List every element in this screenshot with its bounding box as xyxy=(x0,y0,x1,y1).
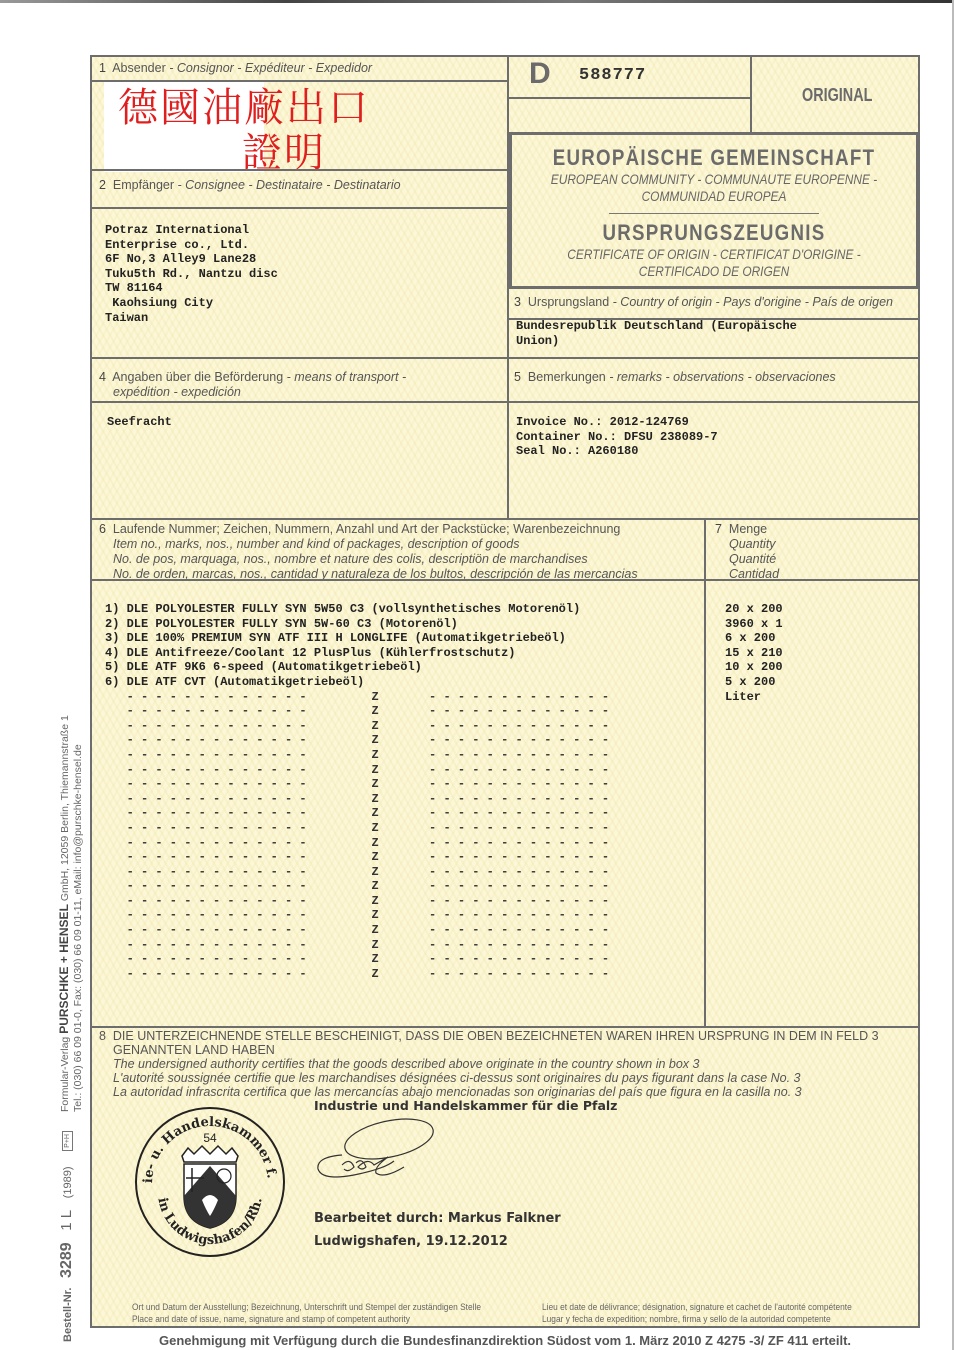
transport-mode: Seefracht xyxy=(107,415,172,430)
goods-item: 3) DLE 100% PREMIUM SYN ATF III H LONGLI… xyxy=(105,631,609,646)
ec-title: EUROPÄISCHE GEMEINSCHAFT xyxy=(542,145,885,171)
signature xyxy=(314,1117,434,1192)
address-line: TW 81164 xyxy=(105,281,278,296)
goods-quantity: 15 x 210 xyxy=(725,646,783,661)
goods-item: 1) DLE POLYOLESTER FULLY SYN 5W50 C3 (vo… xyxy=(105,602,609,617)
original-label: ORIGINAL xyxy=(802,85,872,106)
address-line: Potraz International xyxy=(105,223,278,238)
country-code: D xyxy=(529,57,551,91)
filler-row: - - - - - - - - - - - - - Z - - - - - - … xyxy=(105,806,609,821)
filler-row: - - - - - - - - - - - - - Z - - - - - - … xyxy=(105,777,609,792)
approval-note: Genehmigung mit Verfügung durch die Bund… xyxy=(90,1333,920,1348)
cert-title: URSPRUNGSZEUGNIS xyxy=(542,220,885,246)
publisher-prefix: Formular-Verlag xyxy=(59,1034,71,1112)
goods-item: 6) DLE ATF CVT (Automatikgetriebeöl) xyxy=(105,675,609,690)
consignee-address: Potraz International Enterprise co., Ltd… xyxy=(105,223,278,325)
box2-label: 2 Empfänger - Consignee - Destinataire -… xyxy=(99,178,401,193)
certificate-form: 1 Absender - Consignor - Expéditeur - Ex… xyxy=(90,55,920,1328)
issuing-authority: Industrie und Handelskammer für die Pfal… xyxy=(314,1098,617,1113)
address-line: Tuku5th Rd., Nantzu disc xyxy=(105,267,278,282)
order-number: 3289 xyxy=(58,1242,75,1278)
filler-row: - - - - - - - - - - - - - Z - - - - - - … xyxy=(105,865,609,880)
origin-line: Bundesrepublik Deutschland (Europäische xyxy=(516,319,797,334)
goods-quantity: 6 x 200 xyxy=(725,631,783,646)
serial-number: 588777 xyxy=(579,66,646,85)
filler-row: - - - - - - - - - - - - - Z - - - - - - … xyxy=(105,733,609,748)
filler-row: - - - - - - - - - - - - - Z - - - - - - … xyxy=(105,850,609,865)
order-suffix: 1 L xyxy=(58,1210,75,1231)
address-line: Enterprise co., Ltd. xyxy=(105,238,278,253)
filler-row: - - - - - - - - - - - - - Z - - - - - - … xyxy=(105,952,609,967)
order-year: (1989) xyxy=(62,1166,74,1198)
filler-row: - - - - - - - - - - - - - Z - - - - - - … xyxy=(105,923,609,938)
processed-by: Bearbeitet durch: Markus Falkner xyxy=(314,1211,561,1226)
box8-declaration: 8 DIE UNTERZEICHNENDE STELLE BESCHEINIGT… xyxy=(99,1029,914,1099)
filler-row: - - - - - - - - - - - - - Z - - - - - - … xyxy=(105,894,609,909)
filler-row: - - - - - - - - - - - - - Z - - - - - - … xyxy=(105,879,609,894)
publisher-logo-icon: P+H xyxy=(62,1131,73,1151)
filler-row: - - - - - - - - - - - - - Z - - - - - - … xyxy=(105,836,609,851)
order-label: Bestell-Nr. xyxy=(62,1288,74,1342)
box7-label: 7 Menge Quantity Quantité Cantidad xyxy=(715,522,779,582)
filler-row: - - - - - - - - - - - - - Z - - - - - - … xyxy=(105,967,609,982)
country-of-origin: Bundesrepublik Deutschland (Europäische … xyxy=(516,319,797,348)
address-line: Taiwan xyxy=(105,311,278,326)
chinese-overlay-line1: 德國油廠出口 xyxy=(118,85,370,131)
goods-item: 5) DLE ATF 9K6 6-speed (Automatikgetrieb… xyxy=(105,660,609,675)
container-number: Container No.: DFSU 238089-7 xyxy=(516,430,718,445)
publisher-contact: Tel.: (030) 66 09 01-0, Fax: (030) 66 09… xyxy=(72,715,85,1112)
cert-subtitle-line2: CERTIFICADO DE ORIGEN xyxy=(542,263,885,280)
publisher-name: PURSCHKE + HENSEL xyxy=(57,904,71,1034)
quantity-unit: Liter xyxy=(725,690,783,705)
filler-row: - - - - - - - - - - - - - Z - - - - - - … xyxy=(105,908,609,923)
margin-order-info: Bestell-Nr. 3289 1 L (1989) P+H xyxy=(58,1131,76,1342)
goods-quantity: 10 x 200 xyxy=(725,660,783,675)
address-line: 6F No,3 Alley9 Lane28 xyxy=(105,252,278,267)
official-stamp: Industrie- u. Handelskammer f. d. Pfalz … xyxy=(132,1104,287,1259)
filler-row: - - - - - - - - - - - - - Z - - - - - - … xyxy=(105,763,609,778)
place-and-date: Ludwigshafen, 19.12.2012 xyxy=(314,1234,508,1249)
filler-row: - - - - - - - - - - - - - Z - - - - - - … xyxy=(105,792,609,807)
address-line: Kaohsiung City xyxy=(105,296,278,311)
goods-item: 2) DLE POLYOLESTER FULLY SYN 5W-60 C3 (M… xyxy=(105,617,609,632)
box6-label: 6 Laufende Nummer; Zeichen, Nummern, Anz… xyxy=(99,522,638,582)
remarks: Invoice No.: 2012-124769 Container No.: … xyxy=(516,415,718,459)
goods-quantity: 3960 x 1 xyxy=(725,617,783,632)
ec-header-box: EUROPÄISCHE GEMEINSCHAFT EUROPEAN COMMUN… xyxy=(509,132,919,289)
ec-subtitle-line1: EUROPEAN COMMUNITY - COMMUNAUTE EUROPENN… xyxy=(542,171,885,188)
box1-label: 1 Absender - Consignor - Expéditeur - Ex… xyxy=(99,61,372,76)
stamp-seal-icon: Industrie- u. Handelskammer f. d. Pfalz … xyxy=(132,1104,287,1259)
filler-row: - - - - - - - - - - - - - Z - - - - - - … xyxy=(105,748,609,763)
signature-scribble-icon xyxy=(314,1117,434,1187)
svg-text:54: 54 xyxy=(203,1131,217,1145)
invoice-number: Invoice No.: 2012-124769 xyxy=(516,415,718,430)
box3-label: 3 Ursprungsland - Country of origin - Pa… xyxy=(514,295,893,310)
box5-label: 5 Bemerkungen - remarks - observations -… xyxy=(514,370,836,385)
box4-label: 4 Angaben über die Beförderung - means o… xyxy=(99,370,406,400)
goods-list: 1) DLE POLYOLESTER FULLY SYN 5W50 C3 (vo… xyxy=(105,602,609,981)
goods-item: 4) DLE Antifreeze/Coolant 12 PlusPlus (K… xyxy=(105,646,609,661)
margin-publisher: Formular-Verlag PURSCHKE + HENSEL GmbH, … xyxy=(58,715,85,1112)
ec-divider xyxy=(609,213,819,214)
goods-quantity: 5 x 200 xyxy=(725,675,783,690)
cert-subtitle-line1: CERTIFICATE OF ORIGIN - CERTIFICAT D'ORI… xyxy=(542,246,885,263)
goods-quantity: 20 x 200 xyxy=(725,602,783,617)
filler-row: - - - - - - - - - - - - - Z - - - - - - … xyxy=(105,704,609,719)
filler-row: - - - - - - - - - - - - - Z - - - - - - … xyxy=(105,719,609,734)
origin-line: Union) xyxy=(516,334,797,349)
publisher-address: GmbH, 12059 Berlin, Thiemannstraße 1 xyxy=(59,715,71,904)
ec-subtitle-line2: COMMUNIDAD EUROPEA xyxy=(542,188,885,205)
scan-edge-top xyxy=(0,0,954,3)
filler-row: - - - - - - - - - - - - - Z - - - - - - … xyxy=(105,938,609,953)
footer-caption-left: Ort und Datum der Ausstellung; Bezeichnu… xyxy=(132,1302,481,1326)
footer-caption-right: Lieu et date de délivrance; désignation,… xyxy=(542,1302,852,1326)
seal-number: Seal No.: A260180 xyxy=(516,444,718,459)
filler-row: - - - - - - - - - - - - - Z - - - - - - … xyxy=(105,821,609,836)
filler-row: - - - - - - - - - - - - - Z - - - - - - … xyxy=(105,690,609,705)
quantity-list: 20 x 2003960 x 16 x 20015 x 21010 x 2005… xyxy=(725,602,783,704)
